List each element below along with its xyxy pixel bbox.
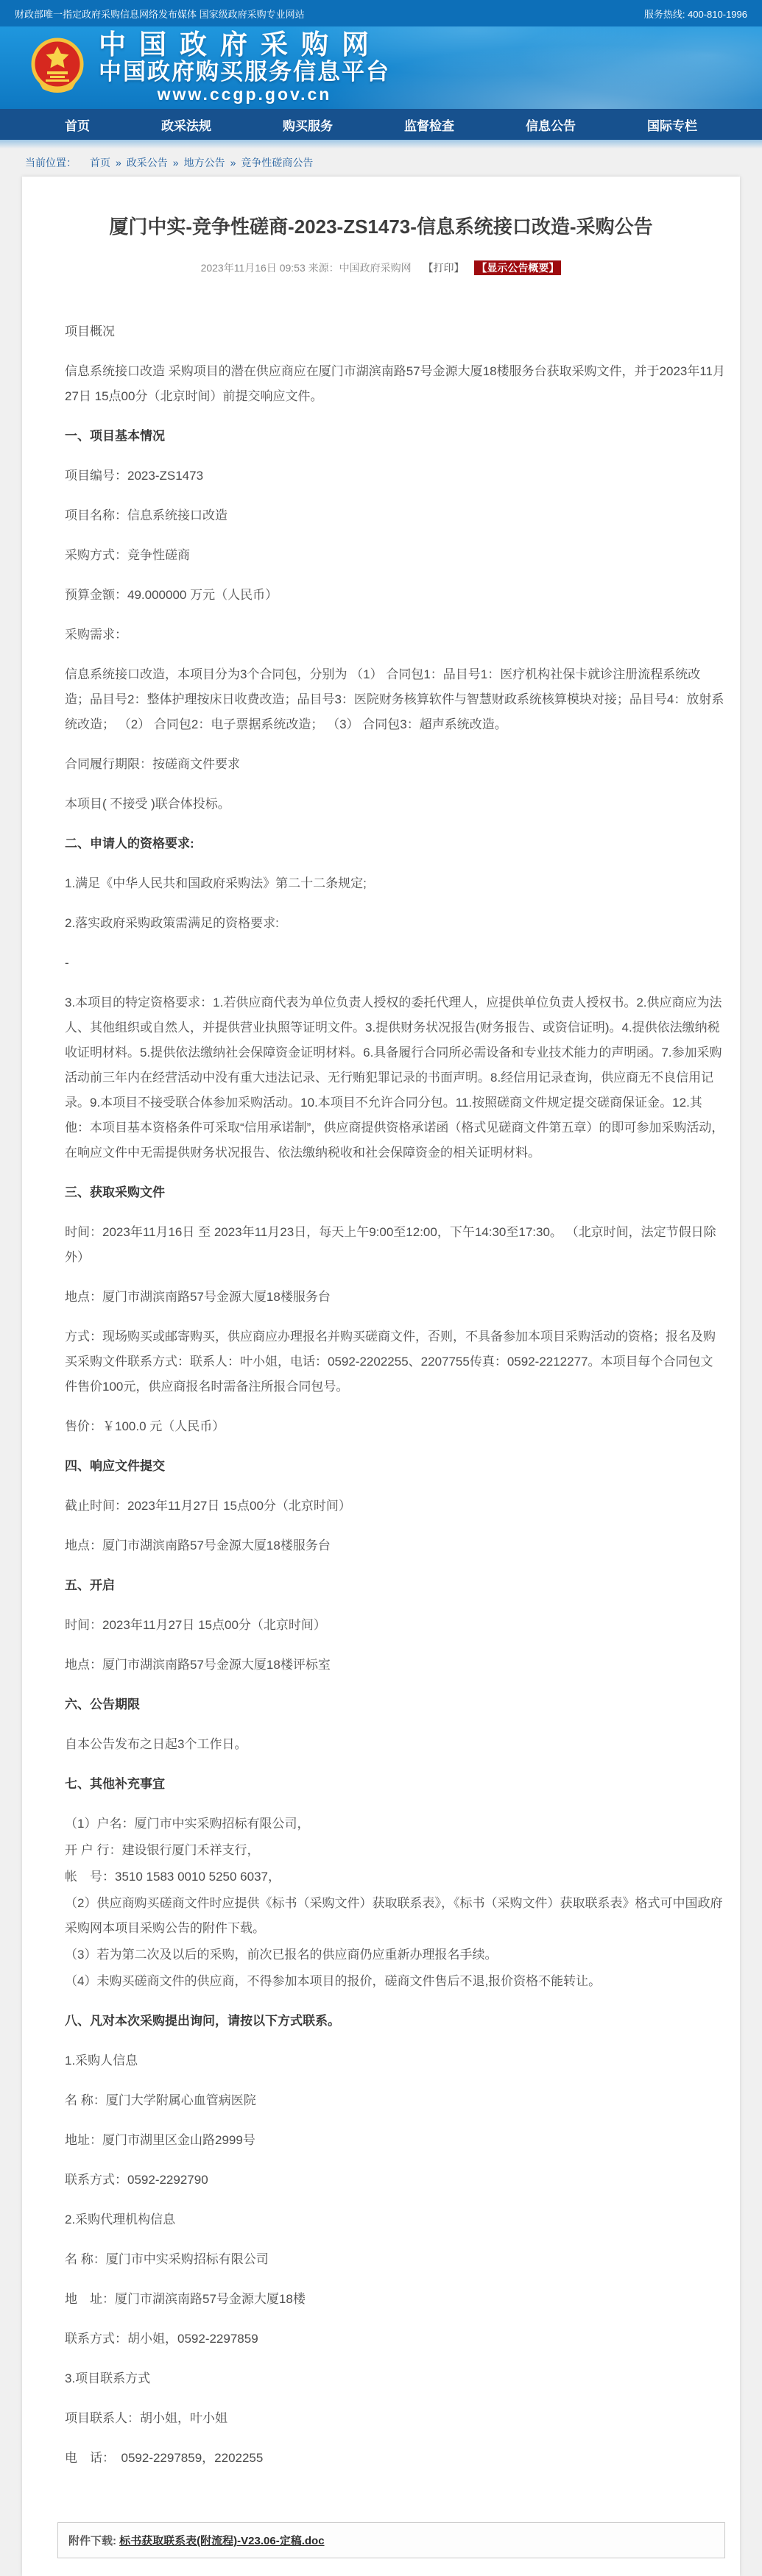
- article-paragraph: 地点：厦门市湖滨南路57号金源大厦18楼评标室: [65, 1653, 725, 1678]
- breadcrumb-separator: »: [173, 157, 179, 168]
- article-paragraph: 三、获取采购文件: [65, 1180, 725, 1205]
- article-body: 项目概况信息系统接口改造 采购项目的潜在供应商应在厦门市湖滨南路57号金源大厦1…: [22, 275, 740, 2471]
- article-paragraph: 本项目( 不接受 )联合体投标。: [65, 792, 725, 817]
- national-emblem-logo: [29, 35, 85, 102]
- attachment-label: 附件下载:: [68, 2535, 119, 2547]
- topbar: 财政部唯一指定政府采购信息网络发布媒体 国家级政府采购专业网站 服务热线: 40…: [0, 0, 762, 26]
- article-paragraph: 采购方式：竞争性磋商: [65, 543, 725, 568]
- breadcrumb-link[interactable]: 政采公告: [127, 157, 168, 168]
- article-paragraph: 1.满足《中华人民共和国政府采购法》第二十二条规定;: [65, 871, 725, 896]
- article-paragraph: 信息系统接口改造 采购项目的潜在供应商应在厦门市湖滨南路57号金源大厦18楼服务…: [65, 359, 725, 409]
- article-paragraph: 地 址：厦门市湖滨南路57号金源大厦18楼: [65, 2287, 725, 2312]
- article-paragraph: 2.落实政府采购政策需满足的资格要求:: [65, 911, 725, 936]
- show-summary-button[interactable]: 【显示公告概要】: [474, 260, 561, 275]
- nav-item[interactable]: 购买服务: [283, 116, 333, 134]
- article-paragraph: 采购需求：: [65, 622, 725, 647]
- article-paragraph: 六、公告期限: [65, 1692, 725, 1717]
- attachment-file-link[interactable]: 标书获取联系表(附流程)-V23.06-定稿.doc: [119, 2535, 324, 2547]
- source-label: 来源：: [308, 262, 339, 274]
- article-paragraph: 信息系统接口改造，本项目分为3个合同包，分别为 （1） 合同包1：品目号1：医疗…: [65, 662, 725, 737]
- breadcrumb-item: 首页: [80, 157, 110, 168]
- article-paragraph: 售价：￥100.0 元（人民币）: [65, 1414, 725, 1439]
- article-paragraph: 一、项目基本情况: [65, 424, 725, 449]
- nav-item[interactable]: 首页: [65, 116, 90, 134]
- print-button[interactable]: 【打印】: [423, 262, 465, 274]
- article-paragraph: 2.采购代理机构信息: [65, 2207, 725, 2232]
- article-paragraph: 四、响应文件提交: [65, 1454, 725, 1479]
- article-paragraph: 时间：2023年11月27日 15点00分（北京时间）: [65, 1613, 725, 1638]
- article-meta: 2023年11月16日 09:53 来源：中国政府采购网 【打印】 【显示公告概…: [22, 260, 740, 275]
- article-paragraph: 1.采购人信息: [65, 2048, 725, 2073]
- article-paragraph: 联系方式：0592-2292790: [65, 2168, 725, 2193]
- article-paragraph: 八、凡对本次采购提出询问，请按以下方式联系。: [65, 2009, 725, 2034]
- article-paragraph: （3）若为第二次及以后的采购，前次已报名的供应商仍应重新办理报名手续。: [65, 1942, 725, 1968]
- attachment-bar: 附件下载: 标书获取联系表(附流程)-V23.06-定稿.doc: [57, 2522, 725, 2558]
- site-subtitle: 中国政府购买服务信息平台: [99, 60, 390, 85]
- article-paragraph: 3.本项目的特定资格要求：1.若供应商代表为单位负责人授权的委托代理人，应提供单…: [65, 990, 725, 1165]
- article-paragraph: 七、其他补充事宜: [65, 1772, 725, 1797]
- article-paragraph: 3.项目联系方式: [65, 2366, 725, 2391]
- breadcrumb-item: »竞争性磋商公告: [225, 157, 314, 168]
- article-paragraph: 合同履行期限：按磋商文件要求: [65, 752, 725, 777]
- article-paragraph: 帐 号：3510 1583 0010 5250 6037，: [65, 1864, 725, 1890]
- article-paragraph: 截止时间：2023年11月27日 15点00分（北京时间）: [65, 1494, 725, 1519]
- breadcrumb: 当前位置： 首页»政采公告»地方公告»竞争性磋商公告: [0, 149, 762, 177]
- article-paragraph: 项目联系人：胡小姐，叶小姐: [65, 2406, 725, 2431]
- publish-date: 2023年11月16日 09:53: [201, 262, 306, 274]
- nav-item[interactable]: 信息公告: [526, 116, 576, 134]
- breadcrumb-item: »政采公告: [110, 157, 168, 168]
- breadcrumb-separator: »: [116, 157, 121, 168]
- article-paragraph: 项目名称：信息系统接口改造: [65, 503, 725, 528]
- nav-bottom-gradient: [0, 140, 762, 149]
- article-paragraph: 地点：厦门市湖滨南路57号金源大厦18楼服务台: [65, 1533, 725, 1558]
- article-paragraph: 地址：厦门市湖里区金山路2999号: [65, 2128, 725, 2153]
- topbar-slogan: 财政部唯一指定政府采购信息网络发布媒体 国家级政府采购专业网站: [15, 7, 305, 21]
- article-paragraph: （1）户名：厦门市中实采购招标有限公司，: [65, 1812, 725, 1837]
- breadcrumb-item: »地方公告: [168, 157, 225, 168]
- site-url: www.ccgp.gov.cn: [99, 85, 390, 104]
- topbar-hotline: 服务热线: 400-810-1996: [644, 7, 747, 21]
- main-nav: 首页政采法规购买服务监督检查信息公告国际专栏: [0, 109, 762, 140]
- article-paragraph: 方式：现场购买或邮寄购买，供应商应办理报名并购买磋商文件，否则，不具备参加本项目…: [65, 1324, 725, 1399]
- article-paragraph: 时间：2023年11月16日 至 2023年11月23日，每天上午9:00至12…: [65, 1220, 725, 1270]
- article-paragraph: -: [65, 951, 725, 976]
- breadcrumb-link[interactable]: 首页: [90, 157, 110, 168]
- breadcrumb-prefix: 当前位置：: [25, 155, 77, 170]
- nav-item[interactable]: 国际专栏: [647, 116, 697, 134]
- announcement-card: 厦门中实-竞争性磋商-2023-ZS1473-信息系统接口改造-采购公告 202…: [22, 177, 740, 2576]
- nav-item[interactable]: 政采法规: [161, 116, 211, 134]
- breadcrumb-link[interactable]: 地方公告: [184, 157, 225, 168]
- article-paragraph: 名 称：厦门市中实采购招标有限公司: [65, 2247, 725, 2272]
- breadcrumb-link[interactable]: 竞争性磋商公告: [241, 157, 313, 168]
- article-paragraph: 名 称：厦门大学附属心血管病医院: [65, 2088, 725, 2113]
- article-paragraph: （4）未购买磋商文件的供应商，不得参加本项目的报价，磋商文件售后不退,报价资格不…: [65, 1969, 725, 1994]
- article-paragraph: 项目编号：2023-ZS1473: [65, 464, 725, 489]
- article-paragraph: 五、开启: [65, 1573, 725, 1598]
- page: 财政部唯一指定政府采购信息网络发布媒体 国家级政府采购专业网站 服务热线: 40…: [0, 0, 762, 2576]
- site-title-block: 中国政府采购网 中国政府购买服务信息平台 www.ccgp.gov.cn: [99, 31, 390, 104]
- article-paragraph: 电 话： 0592-2297859，2202255: [65, 2446, 725, 2471]
- breadcrumb-items: 首页»政采公告»地方公告»竞争性磋商公告: [80, 155, 313, 170]
- article-paragraph: 开 户 行：建设银行厦门禾祥支行，: [65, 1838, 725, 1863]
- site-name: 中国政府采购网: [99, 31, 390, 60]
- article-paragraph: 地点：厦门市湖滨南路57号金源大厦18楼服务台: [65, 1285, 725, 1310]
- source-link[interactable]: 中国政府采购网: [339, 262, 412, 274]
- nav-item[interactable]: 监督检查: [404, 116, 454, 134]
- page-title: 厦门中实-竞争性磋商-2023-ZS1473-信息系统接口改造-采购公告: [66, 213, 696, 240]
- article-paragraph: 联系方式：胡小姐，0592-2297859: [65, 2327, 725, 2352]
- article-paragraph: （2）供应商购买磋商文件时应提供《标书（采购文件）获取联系表》，《标书（采购文件…: [65, 1891, 725, 1941]
- article-paragraph: 二、申请人的资格要求:: [65, 831, 725, 856]
- breadcrumb-separator: »: [230, 157, 236, 168]
- article-paragraph: 项目概况: [65, 319, 725, 344]
- article-paragraph: 自本公告发布之日起3个工作日。: [65, 1732, 725, 1757]
- article-paragraph: 预算金额：49.000000 万元（人民币）: [65, 583, 725, 608]
- site-banner: 中国政府采购网 中国政府购买服务信息平台 www.ccgp.gov.cn: [0, 26, 762, 109]
